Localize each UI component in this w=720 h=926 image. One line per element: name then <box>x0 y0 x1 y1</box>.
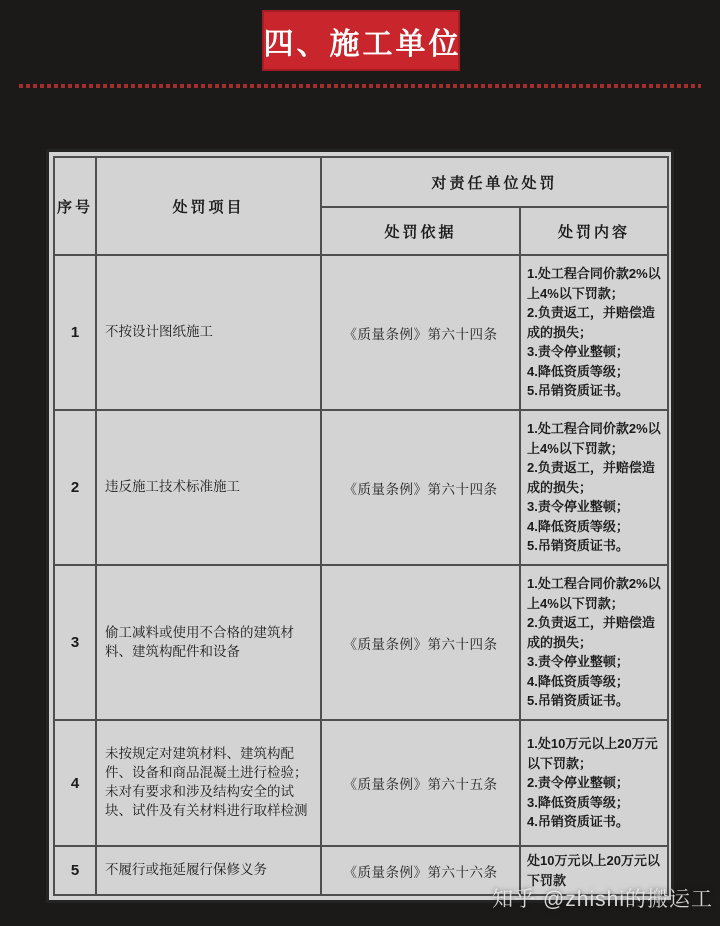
header-responsible-unit-penalty: 对责任单位处罚 <box>321 157 668 207</box>
row-penalty-basis: 《质量条例》第六十六条 <box>321 846 520 895</box>
header-basis: 处罚依据 <box>321 207 520 255</box>
row-penalty-item: 未按规定对建筑材料、建筑构配件、设备和商品混凝土进行检验；未对有要求和涉及结构安… <box>96 720 321 846</box>
row-index: 3 <box>54 565 96 720</box>
table-row: 2 违反施工技术标准施工 《质量条例》第六十四条 1.处工程合同价款2%以上4%… <box>54 410 668 565</box>
table-row: 3 偷工减料或使用不合格的建筑材料、建筑构配件和设备 《质量条例》第六十四条 1… <box>54 565 668 720</box>
zhihu-watermark: 知乎 @zhishi的搬运工 <box>492 883 713 913</box>
header-index: 序号 <box>54 157 96 255</box>
table-row: 1 不按设计图纸施工 《质量条例》第六十四条 1.处工程合同价款2%以上4%以下… <box>54 255 668 410</box>
row-penalty-item: 不按设计图纸施工 <box>96 255 321 410</box>
dotted-divider <box>19 84 701 88</box>
page-background: { "page": { "background_color": "#1c1919… <box>0 0 720 926</box>
title-banner: 四、施工单位 <box>262 10 460 71</box>
row-penalty-item: 偷工减料或使用不合格的建筑材料、建筑构配件和设备 <box>96 565 321 720</box>
row-penalty-basis: 《质量条例》第六十四条 <box>321 565 520 720</box>
penalty-table-frame: 序号 处罚项目 对责任单位处罚 处罚依据 处罚内容 1 不按设计图纸施工 《质量… <box>46 149 674 903</box>
row-index: 5 <box>54 846 96 895</box>
row-penalty-item: 不履行或拖延履行保修义务 <box>96 846 321 895</box>
row-index: 1 <box>54 255 96 410</box>
header-item: 处罚项目 <box>96 157 321 255</box>
row-penalty-item: 违反施工技术标准施工 <box>96 410 321 565</box>
penalty-table: 序号 处罚项目 对责任单位处罚 处罚依据 处罚内容 1 不按设计图纸施工 《质量… <box>53 156 669 896</box>
row-penalty-basis: 《质量条例》第六十四条 <box>321 255 520 410</box>
row-penalty-content: 1.处10万元以上20万元以下罚款； 2.责令停业整顿； 3.降低资质等级； 4… <box>520 720 668 846</box>
row-penalty-content: 1.处工程合同价款2%以上4%以下罚款； 2.负责返工，并赔偿造成的损失； 3.… <box>520 255 668 410</box>
header-content: 处罚内容 <box>520 207 668 255</box>
header-row-group: 序号 处罚项目 对责任单位处罚 <box>54 157 668 207</box>
row-index: 4 <box>54 720 96 846</box>
row-penalty-content: 1.处工程合同价款2%以上4%以下罚款； 2.负责返工，并赔偿造成的损失； 3.… <box>520 410 668 565</box>
row-penalty-basis: 《质量条例》第六十四条 <box>321 410 520 565</box>
row-penalty-content: 1.处工程合同价款2%以上4%以下罚款； 2.负责返工，并赔偿造成的损失； 3.… <box>520 565 668 720</box>
table-row: 4 未按规定对建筑材料、建筑构配件、设备和商品混凝土进行检验；未对有要求和涉及结… <box>54 720 668 846</box>
title-banner-label: 四、施工单位 <box>261 19 462 63</box>
row-penalty-basis: 《质量条例》第六十五条 <box>321 720 520 846</box>
row-index: 2 <box>54 410 96 565</box>
